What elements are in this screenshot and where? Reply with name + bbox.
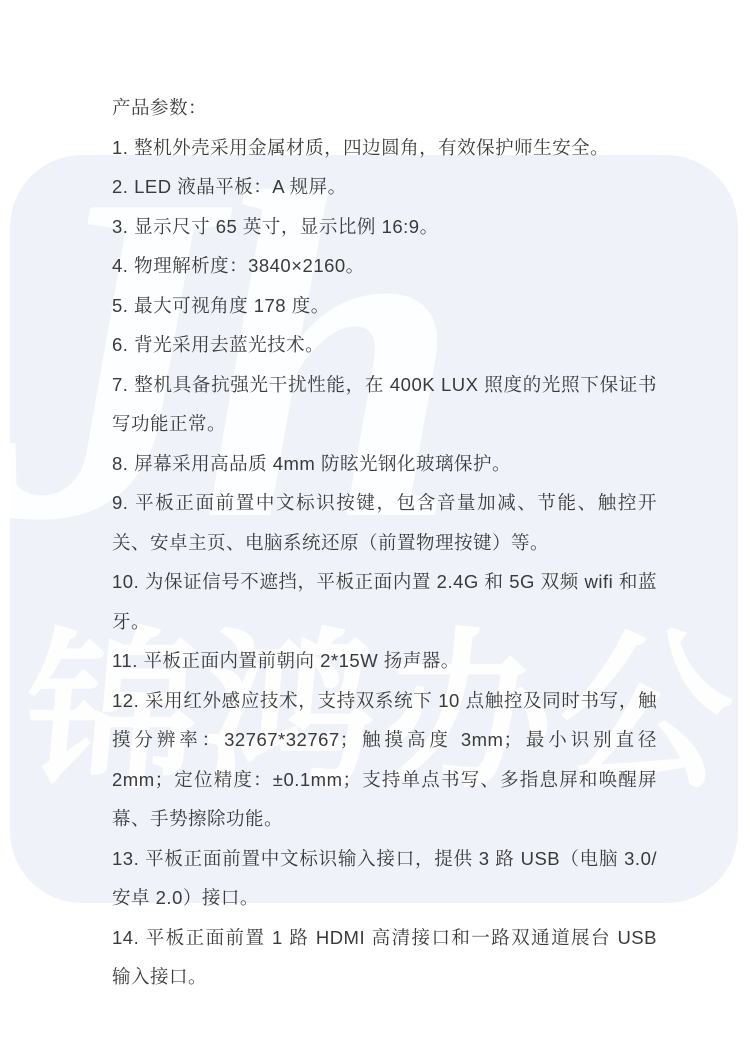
spec-text-block: 产品参数： 1. 整机外壳采用金属材质，四边圆角，有效保护师生安全。 2. LE… [112,88,657,997]
spec-item: 6. 背光采用去蓝光技术。 [112,325,657,365]
spec-item: 3. 显示尺寸 65 英寸，显示比例 16:9。 [112,207,657,247]
spec-item: 14. 平板正面前置 1 路 HDMI 高清接口和一路双通道展台 USB 输入接… [112,918,657,997]
spec-item: 2. LED 液晶平板：A 规屏。 [112,167,657,207]
spec-item: 12. 采用红外感应技术，支持双系统下 10 点触控及同时书写，触摸分辨率：32… [112,681,657,839]
spec-document-page: Jh 锦鸿办公 产品参数： 1. 整机外壳采用金属材质，四边圆角，有效保护师生安… [0,0,750,1060]
spec-item: 1. 整机外壳采用金属材质，四边圆角，有效保护师生安全。 [112,128,657,168]
spec-item: 13. 平板正面前置中文标识输入接口，提供 3 路 USB（电脑 3.0/安卓 … [112,839,657,918]
spec-item: 9. 平板正面前置中文标识按键，包含音量加减、节能、触控开关、安卓主页、电脑系统… [112,483,657,562]
spec-item: 10. 为保证信号不遮挡，平板正面内置 2.4G 和 5G 双频 wifi 和蓝… [112,562,657,641]
spec-item: 11. 平板正面内置前朝向 2*15W 扬声器。 [112,641,657,681]
spec-item: 7. 整机具备抗强光干扰性能，在 400K LUX 照度的光照下保证书写功能正常… [112,365,657,444]
page-title: 产品参数： [112,88,657,128]
spec-item: 8. 屏幕采用高品质 4mm 防眩光钢化玻璃保护。 [112,444,657,484]
spec-item: 5. 最大可视角度 178 度。 [112,286,657,326]
spec-item: 4. 物理解析度：3840×2160。 [112,246,657,286]
